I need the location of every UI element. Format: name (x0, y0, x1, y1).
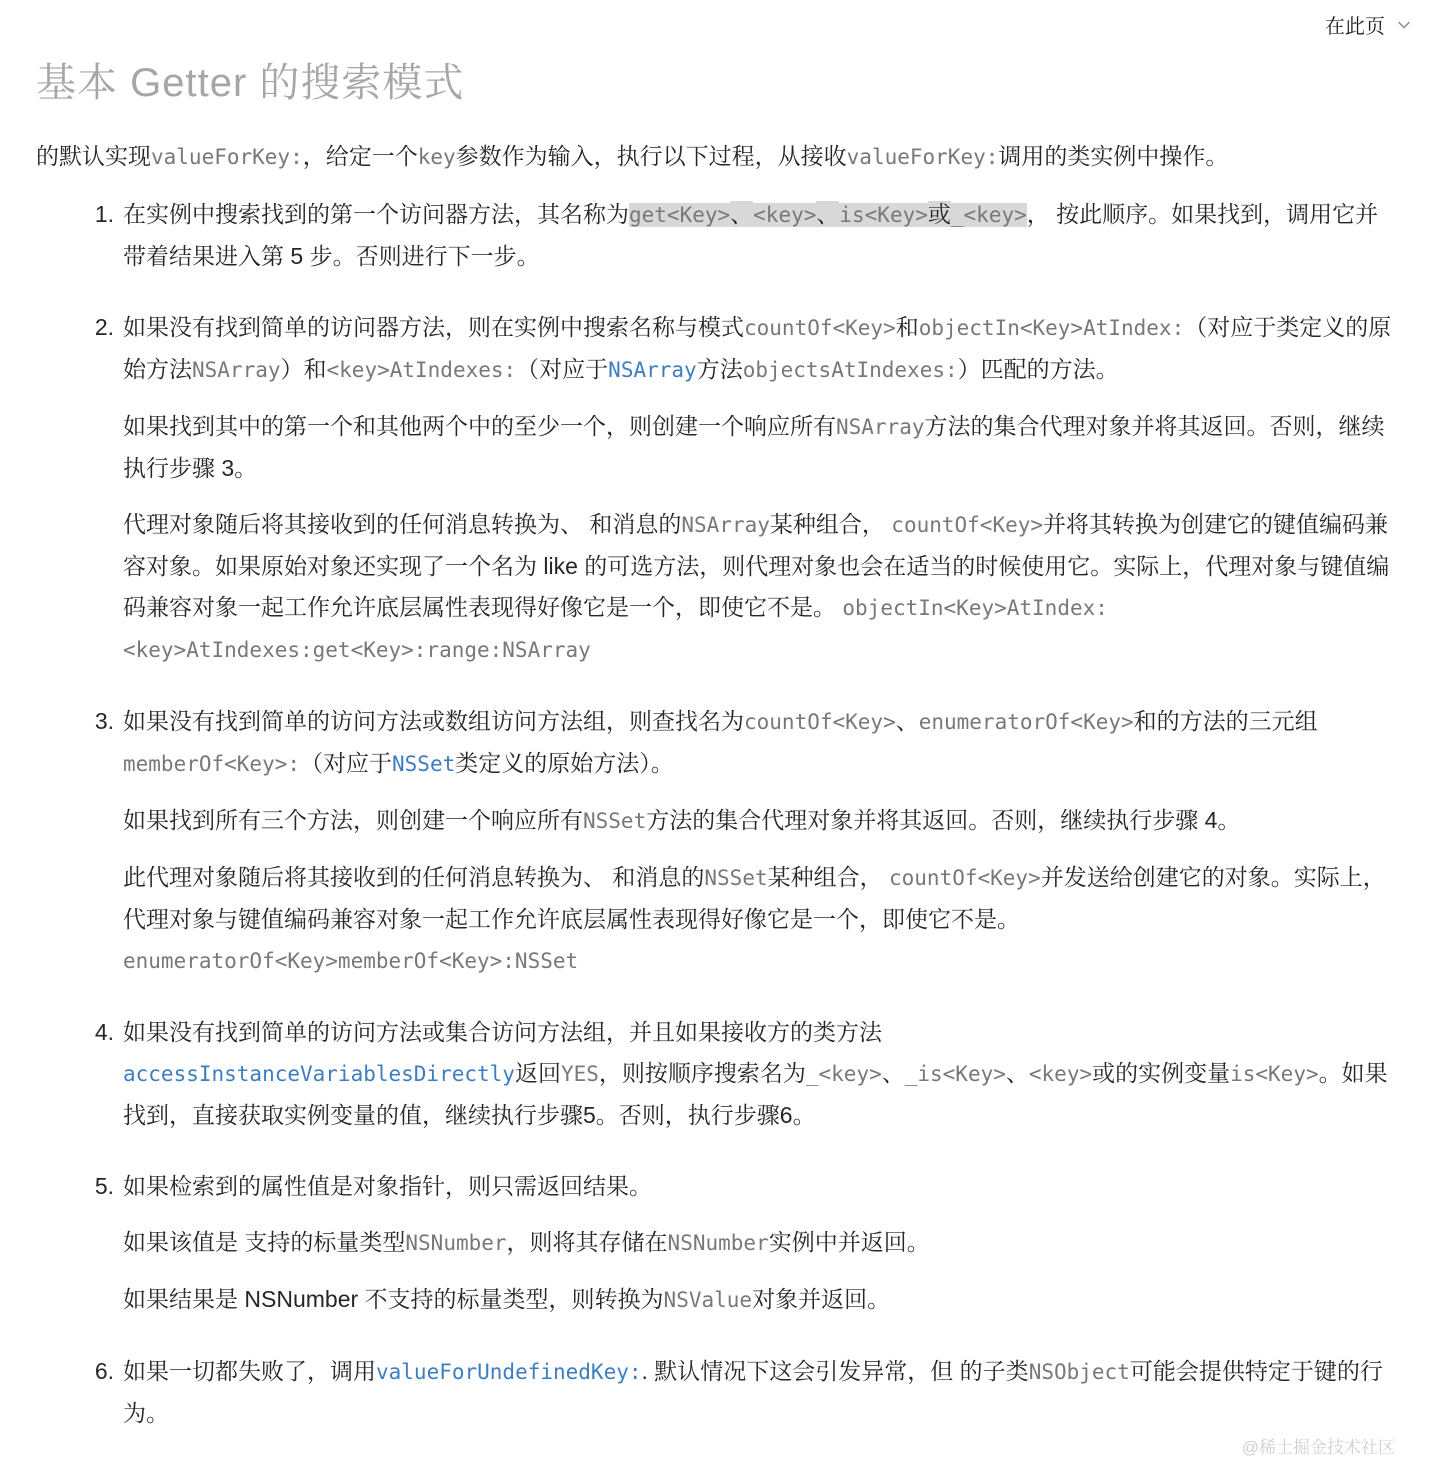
step-number: 5. (82, 1166, 114, 1336)
text-run: 如果检索到的属性值是对象指针，则只需返回结果。 (123, 1173, 652, 1199)
text-run: 如果该值是 支持的标量类型 (123, 1229, 405, 1255)
code-span: memberOf<Key>: (123, 752, 300, 776)
text-run: 和 (896, 314, 919, 340)
step-paragraph: 如果一切都失败了，调用valueForUndefinedKey:. 默认情况下这… (123, 1351, 1396, 1434)
intro-paragraph: 的默认实现valueForKey:，给定一个key参数作为输入，执行以下过程，从… (36, 136, 1396, 178)
topbar: 在此页 (0, 0, 1432, 39)
text-run: 、 (1006, 1060, 1029, 1086)
text-run: 如果没有找到简单的访问方法或集合访问方法组，并且如果接收方的类方法 (123, 1019, 882, 1045)
text-run: 如果找到其中的第一个和其他两个中的至少一个，则创建一个响应所有 (123, 413, 836, 439)
code-span: NSArray (192, 358, 281, 382)
search-step: 1.在实例中搜索找到的第一个访问器方法，其名称为get<Key>、<key>、i… (82, 194, 1396, 292)
text-run: 参数作为输入，执行以下过程，从接收 (456, 143, 847, 169)
code-span: _<key> (806, 1062, 882, 1086)
search-step: 3.如果没有找到简单的访问方法或数组访问方法组，则查找名为countOf<Key… (82, 701, 1396, 997)
text-run: ）匹配的方法。 (958, 356, 1119, 382)
code-link[interactable]: NSArray (608, 358, 697, 382)
text-run: 某种组合， (770, 511, 891, 537)
code-span: valueForKey: (847, 145, 999, 169)
text-run: 的默认实现 (36, 143, 151, 169)
step-body: 如果检索到的属性值是对象指针，则只需返回结果。如果该值是 支持的标量类型NSNu… (123, 1166, 1396, 1336)
code-span: _is<Key> (905, 1062, 1006, 1086)
code-span: countOf<Key> (744, 710, 896, 734)
code-link[interactable]: valueForUndefinedKey: (376, 1360, 642, 1384)
chevron-down-icon (1394, 15, 1414, 35)
step-body: 如果没有找到简单的访问方法或集合访问方法组，并且如果接收方的类方法accessI… (123, 1012, 1396, 1151)
text-run: 或的实例变量 (1092, 1060, 1230, 1086)
code-span: NSValue (664, 1288, 753, 1312)
highlighted-code-span: <key> (753, 203, 816, 227)
text-run: （对应于 (300, 750, 392, 776)
code-link[interactable]: NSSet (392, 752, 455, 776)
step-body: 如果没有找到简单的访问方法或数组访问方法组，则查找名为countOf<Key>、… (123, 701, 1396, 997)
search-step: 5.如果检索到的属性值是对象指针，则只需返回结果。如果该值是 支持的标量类型NS… (82, 1166, 1396, 1336)
text-run: 、 (896, 708, 919, 734)
text-run: 方法 (697, 356, 743, 382)
step-paragraph: 如果找到所有三个方法，则创建一个响应所有NSSet方法的集合代理对象并将其返回。… (123, 800, 1396, 842)
text-run: 此代理对象随后将其接收到的任何消息转换为、 和消息的 (123, 864, 704, 890)
text-run: 实例中并返回。 (769, 1229, 930, 1255)
document-content: 的默认实现valueForKey:，给定一个key参数作为输入，执行以下过程，从… (0, 136, 1432, 1449)
text-run: 和的方法的三元组 (1134, 708, 1318, 734)
highlighted-text-run: 或 (928, 201, 951, 227)
text-run: ，给定一个 (303, 143, 418, 169)
step-number: 4. (82, 1012, 114, 1151)
on-this-page-label: 在此页 (1325, 10, 1385, 39)
text-run: 代理对象随后将其接收到的任何消息转换为、 和消息的 (123, 511, 681, 537)
text-run: 如果没有找到简单的访问器方法，则在实例中搜索名称与模式 (123, 314, 744, 340)
step-paragraph: 如果没有找到简单的访问方法或集合访问方法组，并且如果接收方的类方法accessI… (123, 1012, 1396, 1136)
highlighted-text-run: 、 (730, 201, 753, 227)
step-paragraph: 如果找到其中的第一个和其他两个中的至少一个，则创建一个响应所有NSArray方法… (123, 406, 1396, 489)
step-number: 2. (82, 307, 114, 686)
highlighted-text-run: 、 (816, 201, 839, 227)
text-run: 如果找到所有三个方法，则创建一个响应所有 (123, 807, 583, 833)
step-paragraph: 如果该值是 支持的标量类型NSNumber，则将其存储在NSNumber实例中并… (123, 1222, 1396, 1264)
code-span: objectsAtIndexes: (743, 358, 958, 382)
code-span: <key>AtIndexes: (327, 358, 517, 382)
step-paragraph: 如果没有找到简单的访问方法或数组访问方法组，则查找名为countOf<Key>、… (123, 701, 1396, 785)
text-run: 如果没有找到简单的访问方法或数组访问方法组，则查找名为 (123, 708, 744, 734)
code-span: NSNumber (668, 1231, 769, 1255)
search-step: 4.如果没有找到简单的访问方法或集合访问方法组，并且如果接收方的类方法acces… (82, 1012, 1396, 1151)
on-this-page-dropdown[interactable]: 在此页 (1325, 10, 1414, 39)
code-span: NSObject (1029, 1360, 1130, 1384)
watermark: @稀土掘金技术社区 (1242, 1433, 1395, 1458)
step-number: 1. (82, 194, 114, 292)
code-span: NSArray (681, 513, 770, 537)
code-span: countOf<Key> (891, 513, 1043, 537)
text-run: 返回 (515, 1060, 561, 1086)
code-span: objectIn<Key>AtIndex: (919, 316, 1185, 340)
text-run: ）和 (281, 356, 327, 382)
step-body: 在实例中搜索找到的第一个访问器方法，其名称为get<Key>、<key>、is<… (123, 194, 1396, 292)
step-body: 如果没有找到简单的访问器方法，则在实例中搜索名称与模式countOf<Key>和… (123, 307, 1396, 686)
step-paragraph: 如果检索到的属性值是对象指针，则只需返回结果。 (123, 1166, 1396, 1207)
code-span: NSArray (836, 415, 925, 439)
search-step: 2.如果没有找到简单的访问器方法，则在实例中搜索名称与模式countOf<Key… (82, 307, 1396, 686)
code-span: YES (561, 1062, 599, 1086)
code-span: is<Key> (1230, 1062, 1319, 1086)
text-run: 在实例中搜索找到的第一个访问器方法，其名称为 (123, 201, 629, 227)
code-span: NSSet (583, 809, 646, 833)
search-step: 6.如果一切都失败了，调用valueForUndefinedKey:. 默认情况… (82, 1351, 1396, 1449)
step-paragraph: 此代理对象随后将其接收到的任何消息转换为、 和消息的NSSet某种组合， cou… (123, 857, 1396, 982)
code-span: <key> (1029, 1062, 1092, 1086)
page-title: 基本 Getter 的搜索模式 (36, 51, 1396, 108)
code-link[interactable]: accessInstanceVariablesDirectly (123, 1062, 515, 1086)
code-span: valueForKey: (151, 145, 303, 169)
text-run: 方法的集合代理对象并将其返回。否则，继续执行步骤 4。 (646, 807, 1240, 833)
text-run: 、 (882, 1060, 905, 1086)
code-span: NSNumber (405, 1231, 506, 1255)
text-run: 调用的类实例中操作。 (998, 143, 1228, 169)
step-paragraph: 代理对象随后将其接收到的任何消息转换为、 和消息的NSArray某种组合， co… (123, 504, 1396, 671)
step-paragraph: 在实例中搜索找到的第一个访问器方法，其名称为get<Key>、<key>、is<… (123, 194, 1396, 277)
text-run: . 默认情况下这会引发异常，但 的子类 (642, 1358, 1029, 1384)
text-run: 类定义的原始方法）。 (455, 750, 674, 776)
step-paragraph: 如果没有找到简单的访问器方法，则在实例中搜索名称与模式countOf<Key>和… (123, 307, 1396, 391)
text-run: 如果一切都失败了，调用 (123, 1358, 376, 1384)
step-paragraph: 如果结果是 NSNumber 不支持的标量类型，则转换为NSValue对象并返回… (123, 1279, 1396, 1321)
step-number: 6. (82, 1351, 114, 1449)
highlighted-code-span: get<Key> (629, 203, 730, 227)
code-span: countOf<Key> (744, 316, 896, 340)
code-span: enumeratorOf<Key>memberOf<Key>:NSSet (123, 949, 578, 973)
code-span: countOf<Key> (889, 866, 1041, 890)
highlighted-code-span: _<key> (951, 203, 1027, 227)
code-span: NSSet (704, 866, 767, 890)
text-run: 对象并返回。 (752, 1286, 890, 1312)
code-span: enumeratorOf<Key> (919, 710, 1134, 734)
highlighted-code-span: is<Key> (839, 203, 928, 227)
text-run: ，则将其存储在 (507, 1229, 668, 1255)
text-run: 某种组合， (768, 864, 889, 890)
code-span: key (418, 145, 456, 169)
step-body: 如果一切都失败了，调用valueForUndefinedKey:. 默认情况下这… (123, 1351, 1396, 1449)
text-run: ，则按顺序搜索名为 (599, 1060, 806, 1086)
step-number: 3. (82, 701, 114, 997)
text-run: （对应于 (516, 356, 608, 382)
getter-search-steps-list: 1.在实例中搜索找到的第一个访问器方法，其名称为get<Key>、<key>、i… (82, 194, 1396, 1449)
text-run: 如果结果是 NSNumber 不支持的标量类型，则转换为 (123, 1286, 664, 1312)
